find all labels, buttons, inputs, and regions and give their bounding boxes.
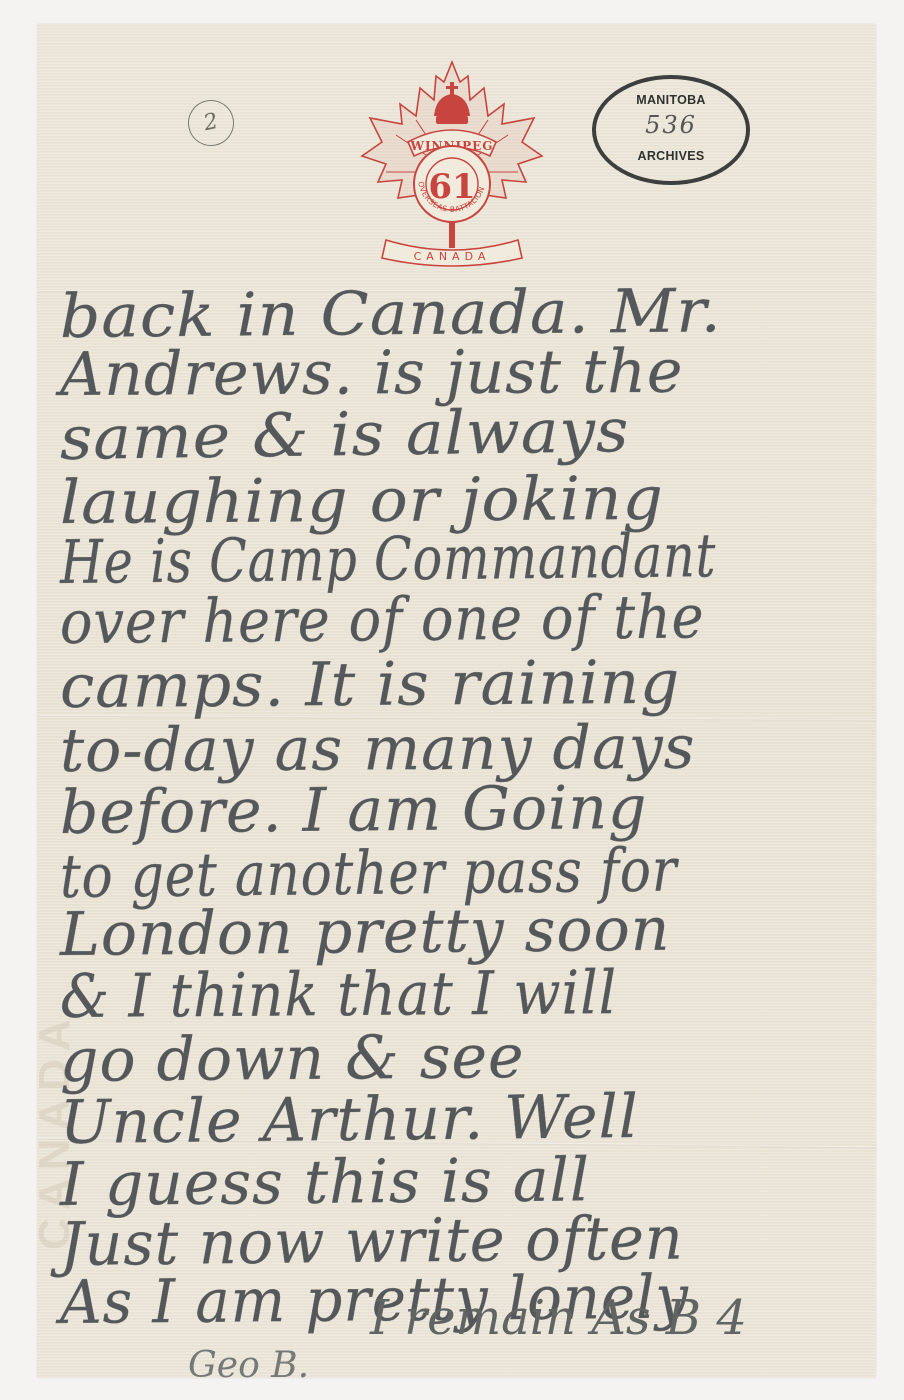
crest-scroll-canada: CANADA [414, 250, 491, 263]
stamp-bottom-text: ARCHIVES [596, 149, 746, 163]
battalion-crest: WINNIPEG 61 OVERSEAS BATTALION CANADA [356, 60, 548, 270]
handwritten-line: camps. It is raining [60, 648, 681, 722]
handwritten-line: & I think that I will [60, 958, 618, 1032]
signature: Geo B. [188, 1345, 309, 1386]
archive-stamp: MANITOBA 536 ARCHIVES [592, 75, 750, 185]
handwritten-line: same & is always [60, 396, 630, 474]
stamp-number: 536 [596, 111, 746, 139]
closing-remark: I remain As B 4 [370, 1290, 747, 1346]
stamp-top-text: MANITOBA [596, 93, 746, 107]
handwritten-line: over here of one of the [60, 582, 705, 658]
